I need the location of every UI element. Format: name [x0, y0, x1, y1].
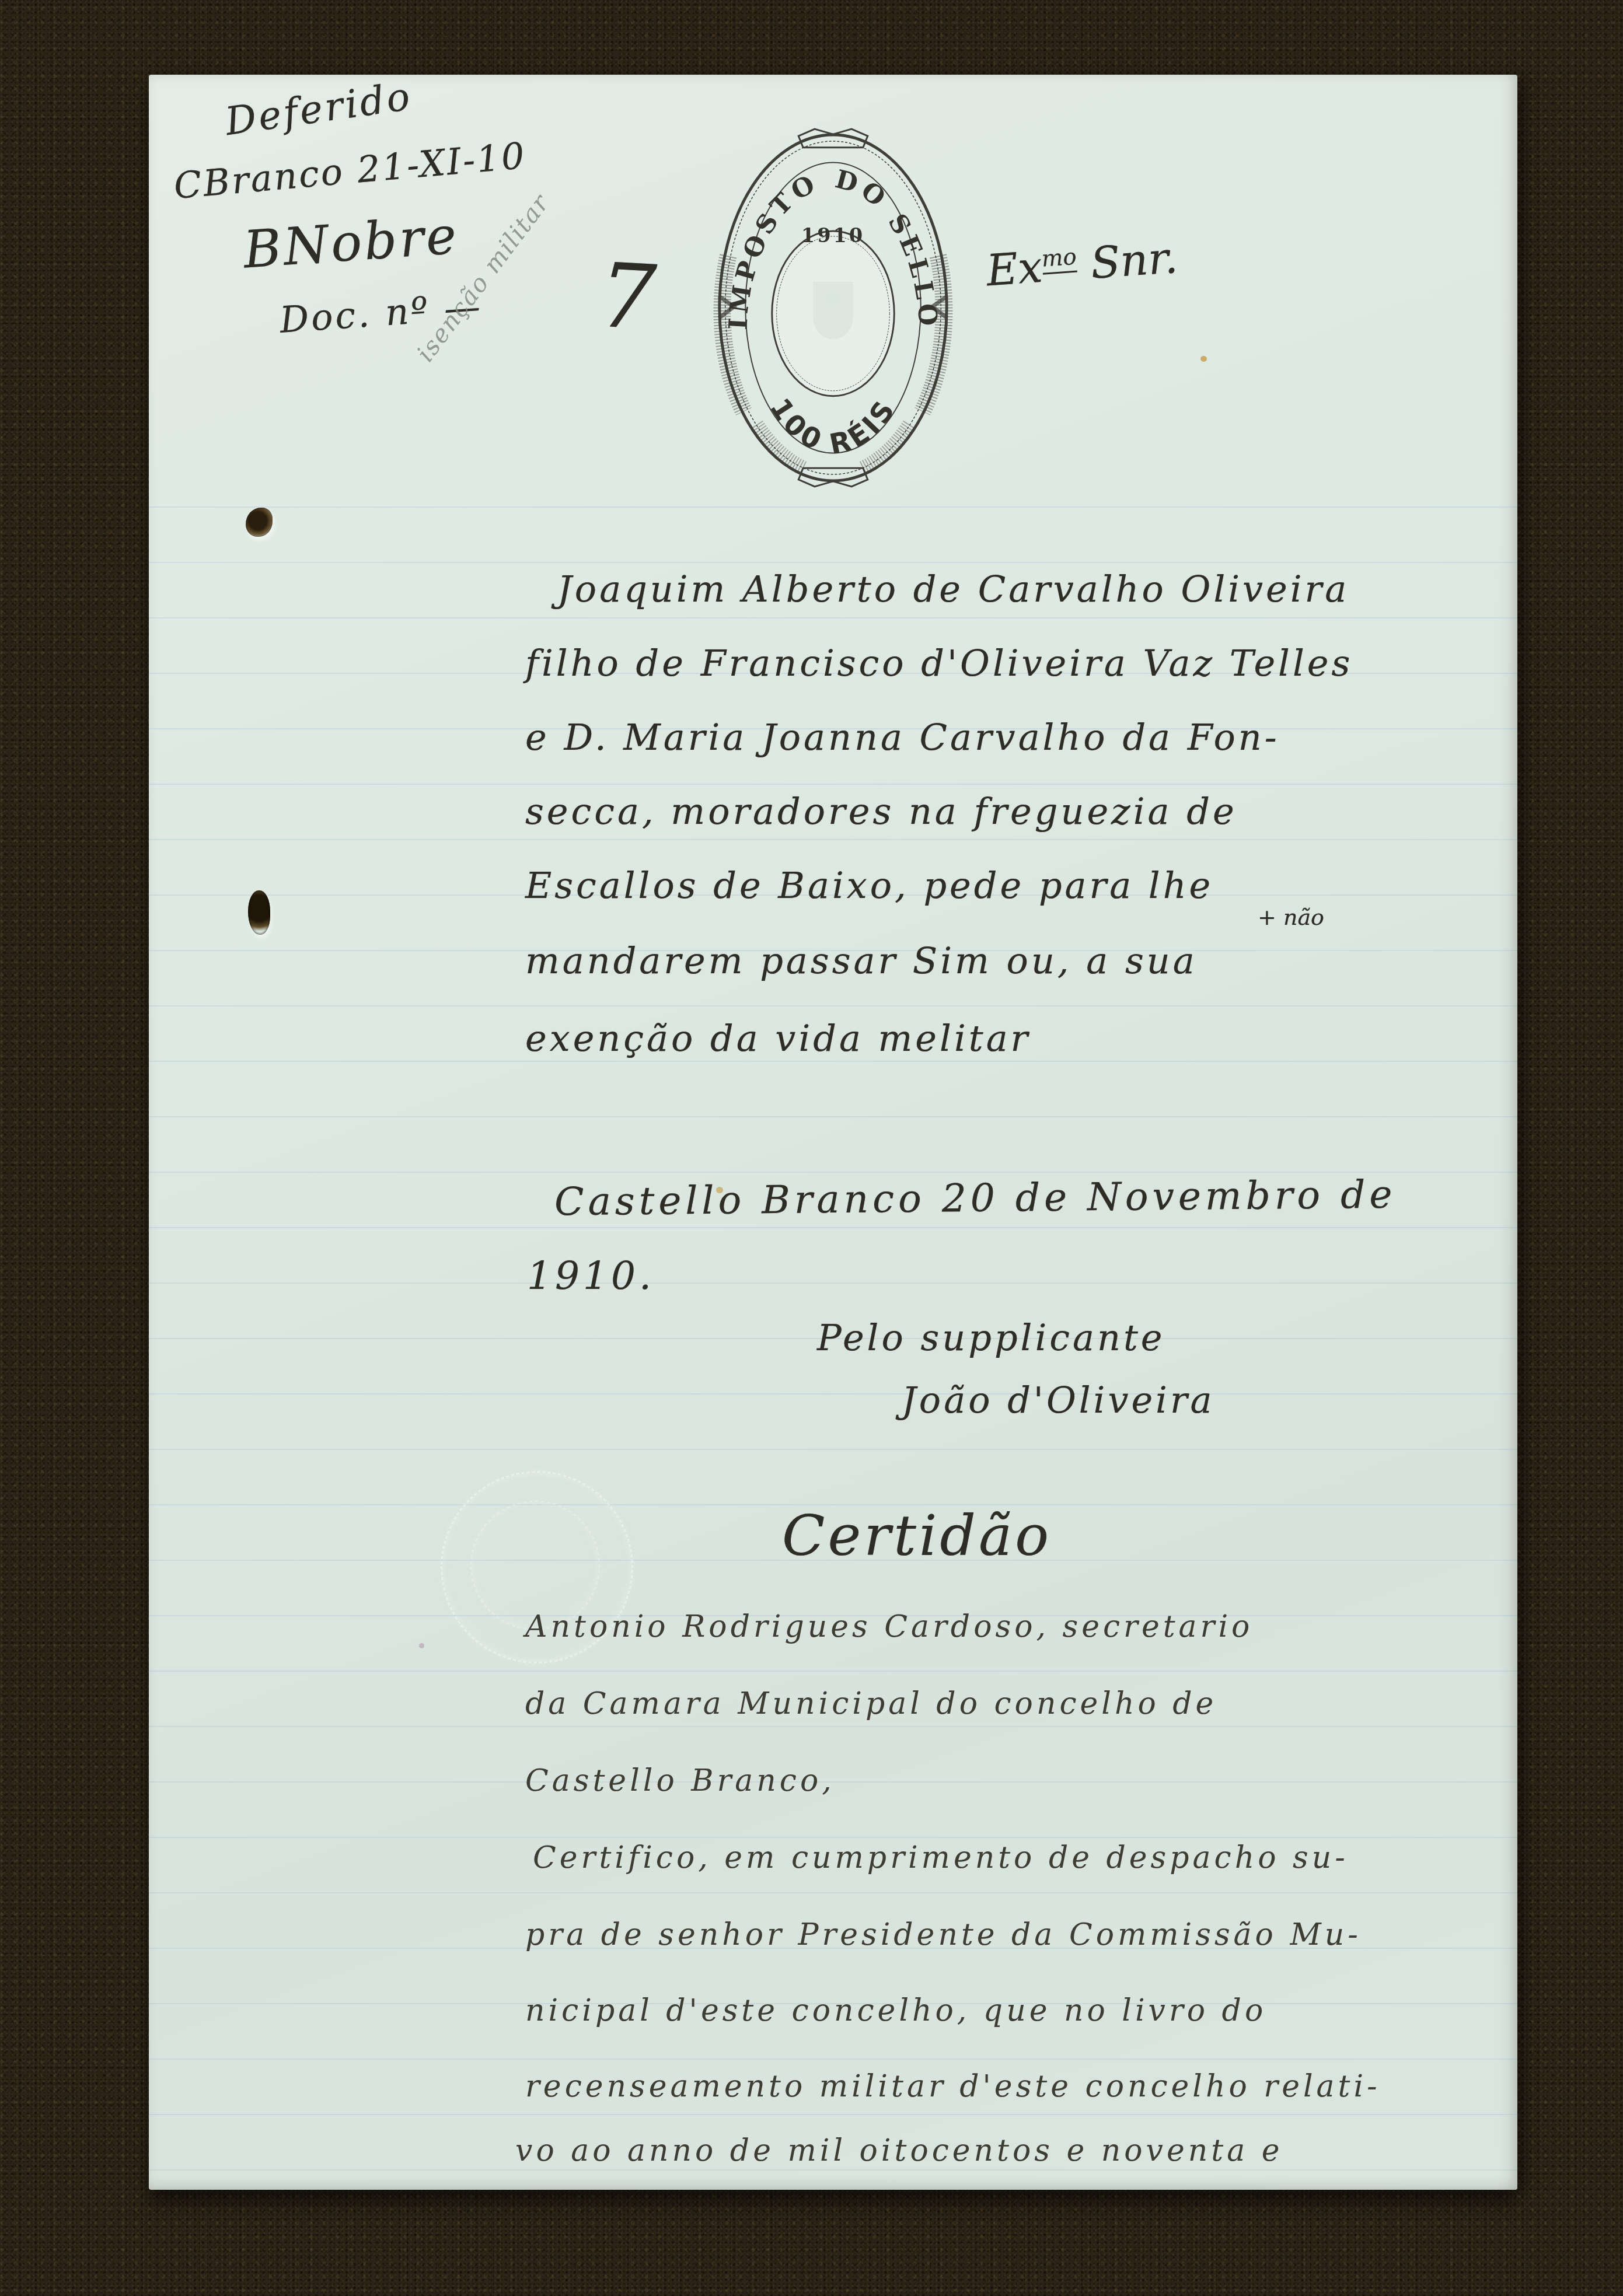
annotation-signature: BNobre — [242, 205, 460, 279]
petition-line: e D. Maria Joanna Carvalho da Fon- — [525, 716, 1280, 759]
foxing-speck — [1200, 356, 1207, 362]
petition-line: Joaquim Alberto de Carvalho Oliveira — [557, 568, 1349, 610]
certificate-line: vo ao anno de mil oitocentos e noventa e — [515, 2133, 1283, 2168]
addressee-post: Snr. — [1075, 233, 1179, 290]
addressee-superscript: mo — [1041, 244, 1077, 275]
annotation-place-date: CBranco 21-XI-10 — [172, 134, 528, 207]
paper-hole-top — [246, 508, 273, 537]
petition-line: exenção da vida melitar — [525, 1017, 1031, 1060]
addressee: Exmo Snr. — [985, 233, 1179, 296]
dateline-place: Castello Branco 20 de Novembro de — [554, 1172, 1397, 1225]
petition-line: mandarem passar Sim ou, a sua — [525, 939, 1198, 982]
petition-line: secca, moradores na freguezia de — [525, 790, 1237, 833]
certificate-line: da Camara Municipal do concelho de — [525, 1686, 1217, 1721]
certificate-line: pra de senhor Presidente da Commissão Mu… — [525, 1917, 1362, 1952]
watermark-coat-of-arms — [813, 282, 853, 340]
revenue-stamp: IMPOSTO DO SELLO 1910 100 RÉIS — [712, 123, 954, 493]
document-page: Deferido CBranco 21-XI-10 BNobre Doc. nº… — [149, 75, 1517, 2190]
certificate-line: nicipal d'este concelho, que no livro do — [525, 1993, 1266, 2028]
certificate-line: Antonio Rodrigues Cardoso, secretario — [525, 1609, 1253, 1644]
stamp-year: 1910 — [801, 223, 865, 247]
certificate-title: Certidão — [782, 1503, 1052, 1568]
annotation-decision: Deferido — [222, 74, 415, 144]
petition-line: Escallos de Baixo, pede para lhe — [525, 864, 1213, 907]
certificate-line: Castello Branco, — [525, 1763, 835, 1798]
petition-line: filho de Francisco d'Oliveira Vaz Telles — [525, 642, 1353, 684]
annotation-doc-number: 7 — [596, 244, 658, 350]
addressee-pre: Ex — [985, 242, 1044, 296]
petition-insertion-note: + não — [1258, 904, 1324, 930]
signoff-signature: João d'Oliveira — [902, 1379, 1215, 1421]
certificate-line: recenseamento militar d'este concelho re… — [525, 2069, 1381, 2104]
certificate-line: Certifico, em cumprimento de despacho su… — [533, 1840, 1349, 1875]
ink-speck — [419, 1643, 424, 1648]
dateline-year: 1910. — [527, 1253, 655, 1298]
paper-hole-middle — [248, 890, 270, 935]
photographed-document-scene: { "colors":{ "background_felt":"#2b2416"… — [0, 0, 1623, 2296]
signoff-by: Pelo supplicante — [817, 1316, 1165, 1359]
